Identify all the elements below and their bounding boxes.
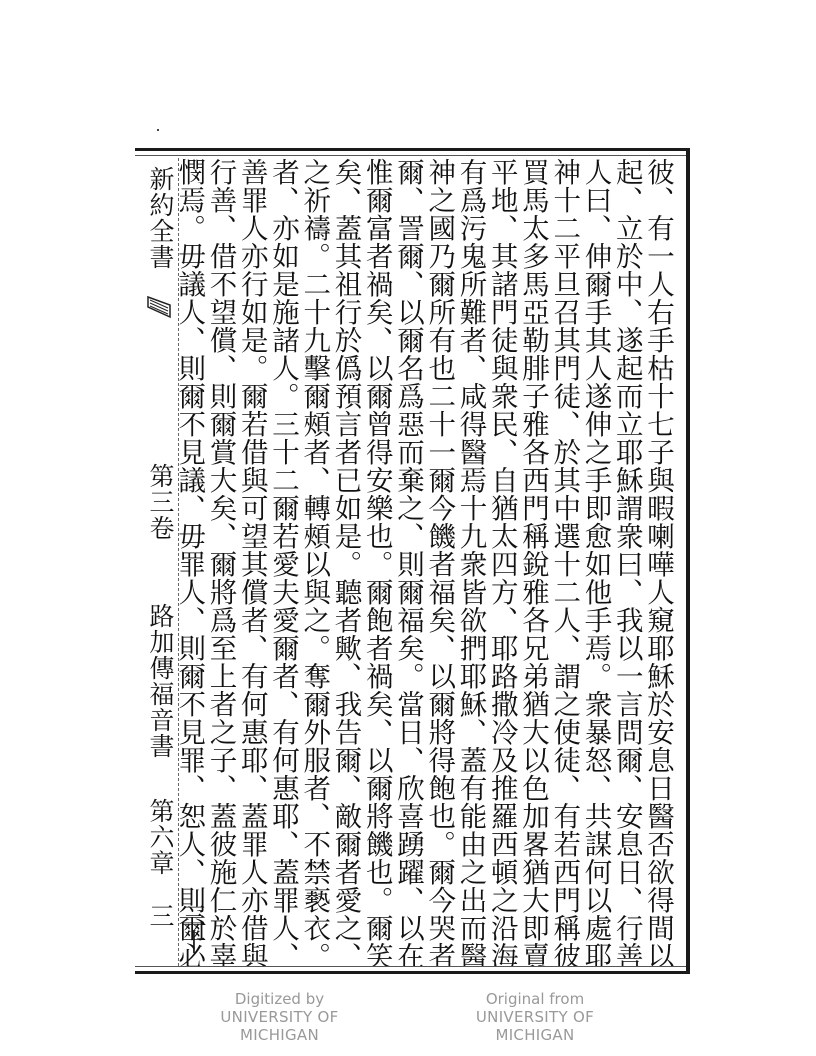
text-column: 之祈禱。二十九擊爾頰者、轉頰以與之。奪爾外服者、不禁褻衣。求爾者予之、取爾物者、… [303, 158, 334, 966]
scan-speck [157, 129, 159, 131]
text-column: 神十二平旦召其門徒、於其中選十二人、謂之使徒、有若西門稱彼得、及兄弟安得烈雅各約… [553, 158, 584, 966]
chapter-label: 第六章 [144, 798, 176, 876]
text-column: 惟爾富者禍矣、以爾曾得安樂也。爾飽者禍矣、以爾將饑也。爾笑者禍矣、以爾將哀哭也。… [366, 158, 397, 966]
text-column: 者、亦如是施諸人。三十二爾若愛夫愛爾者、有何惠耶、蓋罪人、亦愛夫愛之者。爾若善視… [272, 158, 303, 966]
text-column: 神之國乃爾所有也二十一爾今饑者福矣、以爾將得飽也。爾今哭者福矣、以爾將得笑也、爲… [428, 158, 459, 966]
book-title: 新約全書 [144, 166, 176, 270]
text-column: 爾、詈爾、以爾名爲惡而棄之、則爾福矣。當日、欣喜踴躍、以在天爾之賞大矣、蓋其祖行… [397, 158, 428, 966]
watermark-institution: UNIVERSITY OF MICHIGAN [440, 1008, 630, 1044]
text-column: 有爲污鬼所難者、咸得醫焉十九衆皆欲捫耶穌、蓋有能由之出而醫衆。○耶穌舉目、視門徒… [459, 158, 490, 966]
original-from-watermark: Original from UNIVERSITY OF MICHIGAN [440, 990, 630, 1044]
text-column: 起、立於中、遂起而立耶穌謂衆曰、我以一言問爾、安息日、行善行惡、救生殺生孰宜十遂… [616, 158, 647, 966]
text-column: 善罪人亦行如是。爾若借與可望其償者、有何惠耶、蓋罪人亦借與罪人、亦欲其償如數也。… [241, 158, 272, 966]
watermark-institution: UNIVERSITY OF MICHIGAN [192, 1008, 367, 1044]
volume-label: 第三卷 [144, 463, 176, 541]
body-text: 彼、有一人右手枯十七子與暇喇嘩人窺耶穌於安息日醫否欲得間以罪之耶穌知其意、語手枯… [178, 158, 678, 966]
text-column: 矣、蓋其祖行於僞預言者已如是。聽者歟、我告爾、敵爾者愛之、憾爾者善視之、詛爾者祝… [334, 158, 365, 966]
text-column: 買馬太多馬亞勒腓子雅各西門稱銳雅各兄弟猶大以色加畧猶大即賣師者耶穌偕使徒下山立於 [522, 158, 553, 966]
watermark-label: Original from [440, 990, 630, 1008]
section-title: 路加傳福音書 [144, 603, 176, 759]
digitized-by-watermark: Digitized by UNIVERSITY OF MICHIGAN [192, 990, 367, 1044]
folded-page-icon [146, 293, 172, 319]
watermark-label: Digitized by [192, 990, 367, 1008]
text-column: 彼、有一人右手枯十七子與暇喇嘩人窺耶穌於安息日醫否欲得間以罪之耶穌知其意、語手枯… [647, 158, 678, 966]
page-margin-header: 新約全書 第三卷 路加傳福音書 第六章 三十三 [142, 158, 179, 966]
text-column: 行善、借不望償、則爾賞大矣、爾將爲至上者之子、蓋彼施仁於辜恩及不善者矣。故當憐憫… [209, 158, 240, 966]
text-column: 平地、其諸門徒與衆民、自猶太四方、耶路撒冷及推羅西頓之沿海濱而來者、欲聽之且覔得… [491, 158, 522, 966]
text-column: 人曰、伸爾手其人遂伸之手即愈如他手焉。衆暴怒、共謀何以處耶穌○當時耶穌往山以祈禱… [584, 158, 615, 966]
text-column: 憫焉。毋議人、則爾不見議、毋罪人、則爾不見罪、恕人、則爾必見恕、予人、則爾將見予… [178, 158, 209, 966]
